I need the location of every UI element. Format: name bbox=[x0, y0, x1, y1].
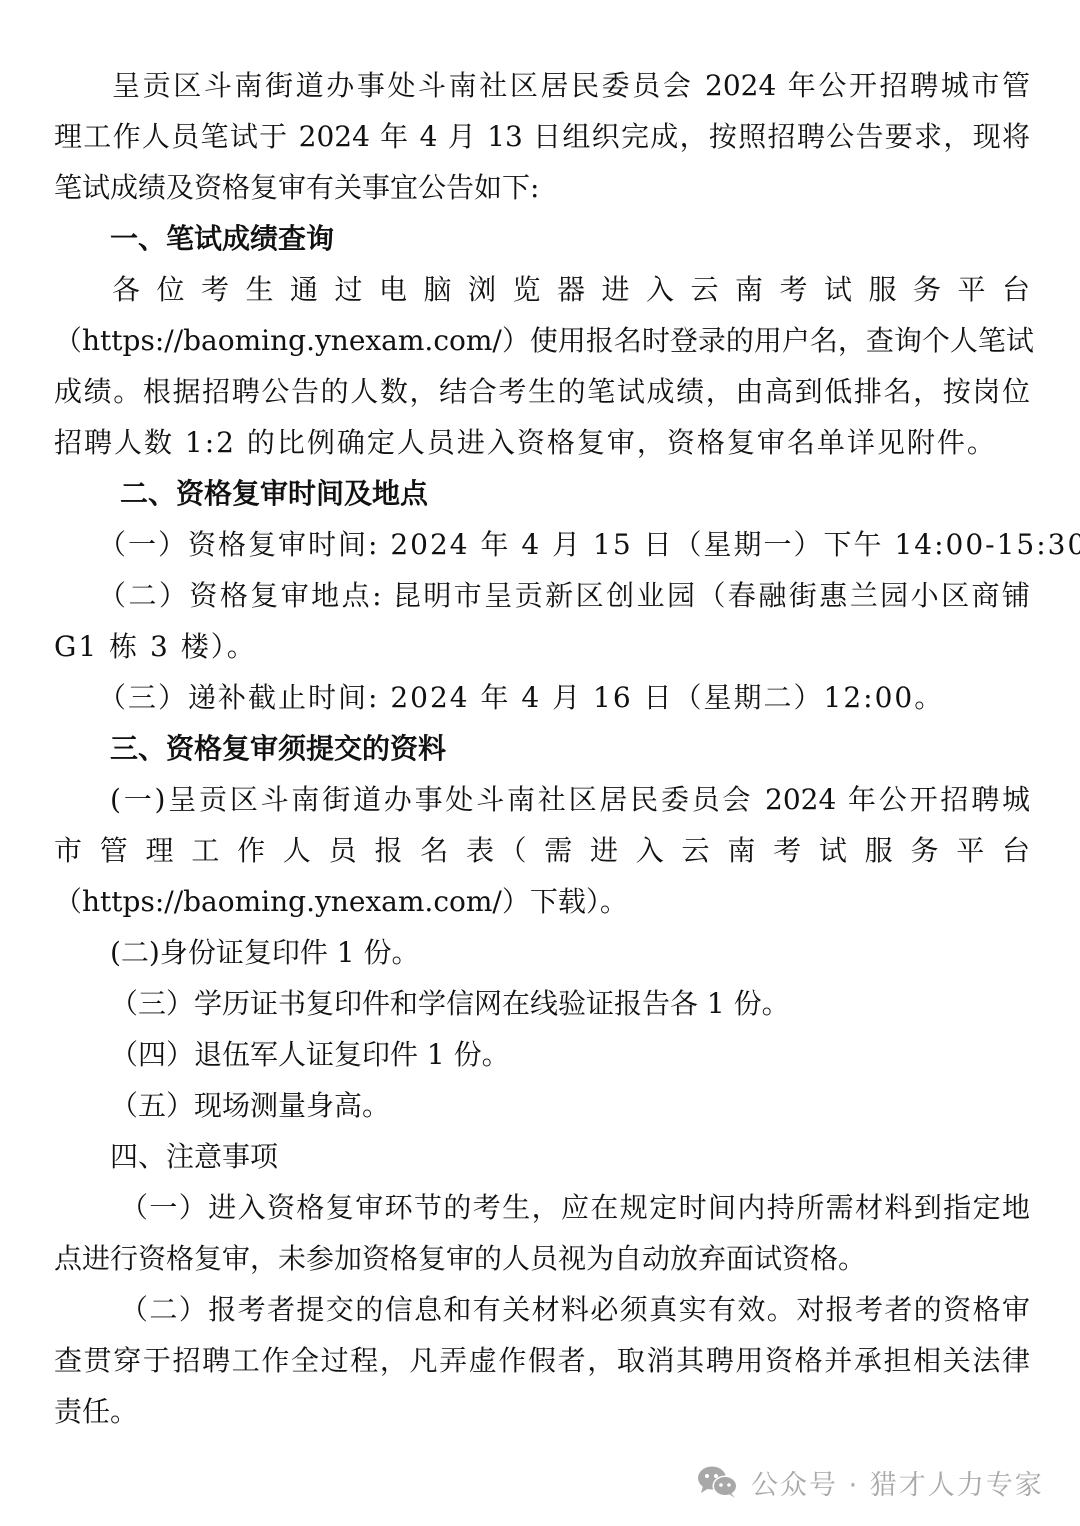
section4-item-2-cont: 查贯穿于招聘工作全过程，凡弄虚作假者，取消其聘用资格并承担相关法律 bbox=[54, 1335, 1030, 1386]
section4-item-2-cont2: 责任。 bbox=[54, 1386, 1030, 1437]
wechat-icon bbox=[697, 1465, 739, 1499]
section2-item-1: （一）资格复审时间: 2024 年 4 月 15 日（星期一）下午 14:00-… bbox=[54, 519, 1030, 570]
section1-line-1: 各 位 考 生 通 过 电 脑 浏 览 器 进 入 云 南 考 试 服 务 平 … bbox=[54, 264, 1030, 315]
section4-heading: 四、注意事项 bbox=[54, 1131, 1030, 1182]
section3-item-3: （三）学历证书复印件和学信网在线验证报告各 1 份。 bbox=[54, 978, 1030, 1029]
intro-line-3: 笔试成绩及资格复审有关事宜公告如下: bbox=[54, 162, 1030, 213]
section1-line-3: 成绩。根据招聘公告的人数，结合考生的笔试成绩，由高到低排名，按岗位 bbox=[54, 366, 1030, 417]
section2-item-2-cont: G1 栋 3 楼）。 bbox=[54, 621, 1030, 672]
section1-line-4: 招聘人数 1:2 的比例确定人员进入资格复审，资格复审名单详见附件。 bbox=[54, 417, 1030, 468]
intro-line-2: 理工作人员笔试于 2024 年 4 月 13 日组织完成，按照招聘公告要求，现将 bbox=[54, 111, 1030, 162]
intro-line-1: 呈贡区斗南街道办事处斗南社区居民委员会 2024 年公开招聘城市管 bbox=[54, 60, 1030, 111]
section3-item-2: (二)身份证复印件 1 份。 bbox=[54, 927, 1030, 978]
section2-item-3: （三）递补截止时间: 2024 年 4 月 16 日（星期二）12:00。 bbox=[54, 672, 1030, 723]
section1-heading: 一、笔试成绩查询 bbox=[54, 213, 1030, 264]
section4-item-1-cont: 点进行资格复审，未参加资格复审的人员视为自动放弃面试资格。 bbox=[54, 1233, 1030, 1284]
section3-item-1-cont2: （https://baoming.ynexam.com/）下载）。 bbox=[54, 876, 1030, 927]
section3-item-1-cont: 市 管 理 工 作 人 员 报 名 表（ 需 进 入 云 南 考 试 服 务 平… bbox=[54, 825, 1030, 876]
wechat-account-watermark: 公众号 · 猎才人力专家 bbox=[697, 1462, 1044, 1502]
account-name: 公众号 · 猎才人力专家 bbox=[751, 1463, 1044, 1502]
section3-heading: 三、资格复审须提交的资料 bbox=[54, 723, 1030, 774]
section2-heading: 二、资格复审时间及地点 bbox=[54, 468, 1030, 519]
section3-item-1: (一)呈贡区斗南街道办事处斗南社区居民委员会 2024 年公开招聘城 bbox=[54, 774, 1030, 825]
section3-item-5: （五）现场测量身高。 bbox=[54, 1080, 1030, 1131]
section4-item-1: （一）进入资格复审环节的考生，应在规定时间内持所需材料到指定地 bbox=[54, 1182, 1030, 1233]
section3-item-4: （四）退伍军人证复印件 1 份。 bbox=[54, 1029, 1030, 1080]
section4-item-2: （二）报考者提交的信息和有关材料必须真实有效。对报考者的资格审 bbox=[54, 1284, 1030, 1335]
section1-line-2: （https://baoming.ynexam.com/）使用报名时登录的用户名… bbox=[54, 315, 1030, 366]
section2-item-2: （二）资格复审地点: 昆明市呈贡新区创业园（春融街惠兰园小区商铺 bbox=[54, 570, 1030, 621]
announcement-document: 呈贡区斗南街道办事处斗南社区居民委员会 2024 年公开招聘城市管 理工作人员笔… bbox=[54, 60, 1030, 1437]
